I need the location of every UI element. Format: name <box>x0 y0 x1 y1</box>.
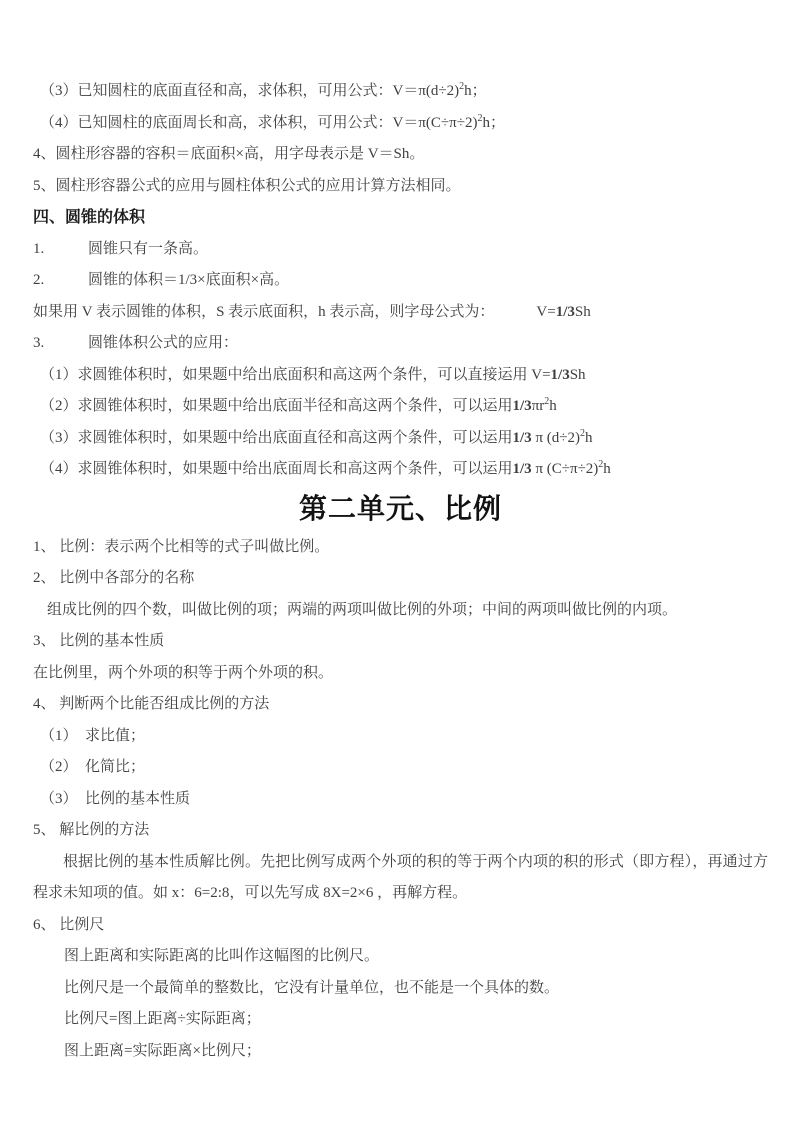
formula-text: 如果用 V 表示圆锥的体积，S 表示底面积，h 表示高，则字母公式为： <box>33 304 494 320</box>
unit2-proportion-section: 第二单元、比例 1、 比例：表示两个比相等的式子叫做比例。 2、 比例中各部分的… <box>33 486 768 1068</box>
cone-section-heading: 四、圆锥的体积 <box>33 202 768 234</box>
scale-formula-2: 图上距离=实际距离×比例尺； <box>33 1036 768 1068</box>
cone-item-1: 1.圆锥只有一条高。 <box>33 234 768 266</box>
formula-text: （4）已知圆柱的底面周长和高，求体积，可用公式：V＝π(C÷π÷2) <box>40 115 477 131</box>
formula-text: h； <box>464 83 487 99</box>
item-text: （3）求圆锥体积时，如果题中给出底面直径和高这两个条件，可以运用 <box>40 430 513 446</box>
cylinder-capacity-application-item: 5、圆柱形容器公式的应用与圆柱体积公式的应用计算方法相同。 <box>33 171 768 203</box>
item-text: 圆锥的体积＝1/3×底面积×高。 <box>88 272 289 288</box>
scale-formula-1: 比例尺=图上距离÷实际距离； <box>33 1004 768 1036</box>
formula-text: h； <box>482 115 505 131</box>
cylinder-formula-diameter-line: （3）已知圆柱的底面直径和高，求体积，可用公式：V＝π(d÷2)2h； <box>33 76 768 108</box>
cylinder-volume-section: （3）已知圆柱的底面直径和高，求体积，可用公式：V＝π(d÷2)2h； （4）已… <box>33 76 768 202</box>
list-number: 2. <box>33 265 88 297</box>
proportion-item-6: 6、 比例尺 <box>33 910 768 942</box>
cone-item-3: 3.圆锥体积公式的应用： <box>33 328 768 360</box>
proportion-item-2: 2、 比例中各部分的名称 <box>33 563 768 595</box>
cone-volume-section: 四、圆锥的体积 1.圆锥只有一条高。 2.圆锥的体积＝1/3×底面积×高。 如果… <box>33 202 768 486</box>
list-number: 1. <box>33 234 88 266</box>
fraction-one-third: 1/3 <box>513 461 532 477</box>
fraction-one-third: 1/3 <box>513 430 532 446</box>
scale-property-line: 比例尺是一个最简单的整数比，它没有计量单位，也不能是一个具体的数。 <box>33 973 768 1005</box>
formula-text: V= <box>536 304 555 320</box>
proportion-item-4-sub-3: （3） 比例的基本性质 <box>33 784 768 816</box>
scale-definition-line: 图上距离和实际距离的比叫作这幅图的比例尺。 <box>33 941 768 973</box>
item-text: 圆锥体积公式的应用： <box>88 335 238 351</box>
proportion-item-1: 1、 比例：表示两个比相等的式子叫做比例。 <box>33 532 768 564</box>
cylinder-formula-circumference-line: （4）已知圆柱的底面周长和高，求体积，可用公式：V＝π(C÷π÷2)2h； <box>33 108 768 140</box>
proportion-item-3-note: 在比例里，两个外项的积等于两个外项的积。 <box>33 658 768 690</box>
proportion-item-4-sub-1: （1） 求比值； <box>33 721 768 753</box>
item-text: （4）求圆锥体积时，如果题中给出底面周长和高这两个条件，可以运用 <box>40 461 513 477</box>
cone-application-1: （1）求圆锥体积时，如果题中给出底面积和高这两个条件，可以直接运用 V=1/3S… <box>33 360 768 392</box>
cone-item-2: 2.圆锥的体积＝1/3×底面积×高。 <box>33 265 768 297</box>
formula-text: π (C÷π÷2) <box>532 461 599 477</box>
cone-application-4: （4）求圆锥体积时，如果题中给出底面周长和高这两个条件，可以运用1/3 π (C… <box>33 454 768 486</box>
proportion-item-5-paragraph: 根据比例的基本性质解比例。先把比例写成两个外项的积的等于两个内项的积的形式（即方… <box>33 847 768 910</box>
proportion-item-5: 5、 解比例的方法 <box>33 815 768 847</box>
cone-application-2: （2）求圆锥体积时，如果题中给出底面半径和高这两个条件，可以运用1/3πr2h <box>33 391 768 423</box>
fraction-one-third: 1/3 <box>513 398 532 414</box>
formula-text: h <box>585 430 593 446</box>
proportion-item-4: 4、 判断两个比能否组成比例的方法 <box>33 689 768 721</box>
formula-text: Sh <box>570 367 586 383</box>
document-page: （3）已知圆柱的底面直径和高，求体积，可用公式：V＝π(d÷2)2h； （4）已… <box>0 0 793 1122</box>
formula-text: πr <box>532 398 545 414</box>
cone-application-3: （3）求圆锥体积时，如果题中给出底面直径和高这两个条件，可以运用1/3 π (d… <box>33 423 768 455</box>
list-number: 3. <box>33 328 88 360</box>
item-text: 圆锥只有一条高。 <box>88 241 208 257</box>
formula-text: Sh <box>575 304 591 320</box>
proportion-item-4-sub-2: （2） 化简比； <box>33 752 768 784</box>
formula-text: h <box>549 398 557 414</box>
item-text: （1）求圆锥体积时，如果题中给出底面积和高这两个条件，可以直接运用 V= <box>40 367 551 383</box>
formula-text: h <box>603 461 611 477</box>
fraction-one-third: 1/3 <box>556 304 575 320</box>
proportion-item-3: 3、 比例的基本性质 <box>33 626 768 658</box>
item-text: （2）求圆锥体积时，如果题中给出底面半径和高这两个条件，可以运用 <box>40 398 513 414</box>
fraction-one-third: 1/3 <box>551 367 570 383</box>
cone-letter-formula-line: 如果用 V 表示圆锥的体积，S 表示底面积，h 表示高，则字母公式为：V=1/3… <box>33 297 768 329</box>
proportion-item-2-note: 组成比例的四个数，叫做比例的项；两端的两项叫做比例的外项；中间的两项叫做比例的内… <box>33 595 768 627</box>
unit2-heading: 第二单元、比例 <box>33 486 768 532</box>
cylinder-capacity-item: 4、圆柱形容器的容积＝底面积×高，用字母表示是 V＝Sh。 <box>33 139 768 171</box>
formula-text: （3）已知圆柱的底面直径和高，求体积，可用公式：V＝π(d÷2) <box>40 83 459 99</box>
formula-text: π (d÷2) <box>532 430 580 446</box>
